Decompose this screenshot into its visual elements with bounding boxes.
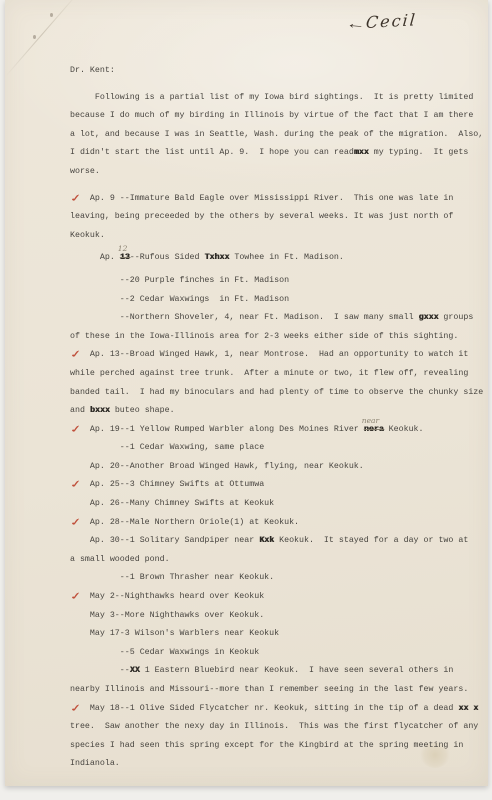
overtyped-text: bxxx [90,406,110,415]
typed-text: Ap. [70,253,120,262]
typed-text: a small wooded pond. [70,555,170,564]
typed-text: nearby Illinois and Missouri--more than … [70,685,468,694]
typed-text: Ap. 28--Male Northern Oriole(1) at Keoku… [70,518,299,527]
typed-text: --1 Cedar Waxwing, same place [70,443,264,452]
typed-line: worse. [70,163,492,182]
typed-line: I didn't start the list until Ap. 9. I h… [70,144,492,163]
overtyped-text: Kxk [259,536,274,545]
typed-line: leaving, being preceeded by the others b… [70,208,492,227]
typed-text: May 2--Nighthawks heard over Keokuk [70,592,264,601]
typed-line: --1 Brown Thrasher near Keokuk. [70,569,492,588]
typed-line: Ap. 30--1 Solitary Sandpiper near Kxk Ke… [70,532,492,551]
typed-text: Ap. 20--Another Broad Winged Hawk, flyin… [70,462,364,471]
typed-text: 1 Eastern Bluebird near Keokuk. I have s… [140,666,454,675]
typed-text: groups [438,313,473,322]
typed-line: a lot, and because I was in Seattle, Was… [70,126,492,145]
typed-line: Ap. 20--Another Broad Winged Hawk, flyin… [70,458,492,477]
staple-hole [50,13,53,17]
typed-text: Keokuk. It stayed for a day or two at [274,536,468,545]
red-checkmark-icon: ✓ [69,699,82,719]
typed-line: while perched against tree trunk. After … [70,365,492,384]
typed-line: Ap. 26--Many Chimney Swifts at Keokuk [70,495,492,514]
typed-text: Keokuk. [70,231,105,240]
typed-text: Ap. 30--1 Solitary Sandpiper near [70,536,259,545]
typed-text: worse. [70,167,100,176]
typed-line: --5 Cedar Waxwings in Keokuk [70,644,492,663]
typed-line: because I do much of my birding in Illin… [70,107,492,126]
typed-line: --1 Cedar Waxwing, same place [70,439,492,458]
typed-text: of these in the Iowa-Illinois area for 2… [70,332,458,341]
pencil-correction: 12 [118,245,128,253]
pencil-correction: near [362,417,379,425]
typed-text: Following is a partial list of my Iowa b… [70,93,473,102]
typed-text: buteo shape. [110,406,175,415]
typed-line: May 17-3 Wilson's Warblers near Keokuk [70,625,492,644]
typed-line: Indianola. [70,755,492,774]
typed-text: Towhee in Ft. Madison. [229,253,344,262]
overtyped-text: XX [130,666,140,675]
typed-text: my typing. It gets [369,148,469,157]
typed-text: Dr. Kent: [70,66,115,75]
typed-text: species I had seen this spring except fo… [70,741,463,750]
typed-line: ✓ Ap. 13--Broad Winged Hawk, 1, near Mon… [70,346,492,365]
red-checkmark-icon: ✓ [69,420,82,440]
typed-line: ✓ May 2--Nighthawks heard over Keokuk [70,588,492,607]
typed-line: --2 Cedar Waxwings in Ft. Madison [70,291,492,310]
paper-crease [6,0,79,76]
overtyped-text: 1312 [120,253,130,262]
overtyped-text: mxx [354,148,369,157]
typed-line: a small wooded pond. [70,551,492,570]
typed-text: while perched against tree trunk. After … [70,369,468,378]
typed-text: a lot, and because I was in Seattle, Was… [70,130,483,139]
red-checkmark-icon: ✓ [69,476,82,496]
typed-text: --20 Purple finches in Ft. Madison [70,276,289,285]
typed-line: ✓ Ap. 9 --Immature Bald Eagle over Missi… [70,190,492,209]
typed-lines: Dr. Kent: Following is a partial list of… [70,0,492,774]
typed-text: Ap. 19--1 Yellow Rumped Warbler along De… [70,425,364,434]
typed-text: --5 Cedar Waxwings in Keokuk [70,648,259,657]
red-checkmark-icon: ✓ [69,588,82,608]
scanned-letter-background: { "annotations": { "arrow_glyph": "←", "… [0,0,492,800]
typed-line: banded tail. I had my binoculars and had… [70,384,492,403]
typed-line: May 3--More Nighthawks over Keokuk. [70,607,492,626]
overtyped-text: neranear [364,425,384,434]
typed-text: --1 Brown Thrasher near Keokuk. [70,573,274,582]
typed-text: May 17-3 Wilson's Warblers near Keokuk [70,629,279,638]
typed-text: Indianola. [70,759,120,768]
typed-text: banded tail. I had my binoculars and had… [70,388,483,397]
typed-line: Dr. Kent: [70,62,492,81]
typed-text: Ap. 26--Many Chimney Swifts at Keokuk [70,499,274,508]
typed-line: ✓ Ap. 25--3 Chimney Swifts at Ottumwa [70,476,492,495]
overtyped-text: xx x [458,704,478,713]
typed-line: --Northern Shoveler, 4, near Ft. Madison… [70,309,492,328]
typed-text: leaving, being preceeded by the others b… [70,212,453,221]
typed-text: -- [70,666,130,675]
typed-text: --Northern Shoveler, 4, near Ft. Madison… [70,313,419,322]
typed-text: Keokuk. [384,425,424,434]
typed-line: Following is a partial list of my Iowa b… [70,89,492,108]
red-checkmark-icon: ✓ [69,513,82,533]
typed-text: Ap. 25--3 Chimney Swifts at Ottumwa [70,480,264,489]
typed-line: Ap. 1312--Rufous Sided Txhxx Towhee in F… [70,249,492,268]
typed-line: and bxxx buteo shape. [70,402,492,421]
typed-line: --XX 1 Eastern Bluebird near Keokuk. I h… [70,662,492,681]
typed-line: of these in the Iowa-Illinois area for 2… [70,328,492,347]
typed-line: --20 Purple finches in Ft. Madison [70,272,492,291]
letter-page: ←Cecil Dr. Kent: Following is a partial … [5,0,488,786]
typed-line: Keokuk. [70,227,492,246]
typed-text: May 18--1 Olive Sided Flycatcher nr. Keo… [70,704,458,713]
typed-text: Ap. 13--Broad Winged Hawk, 1, near Montr… [70,350,468,359]
typed-text: and [70,406,90,415]
typed-line: tree. Saw another the nexy day in Illino… [70,718,492,737]
typed-line: nearby Illinois and Missouri--more than … [70,681,492,700]
typed-line: ✓ Ap. 19--1 Yellow Rumped Warbler along … [70,421,492,440]
red-checkmark-icon: ✓ [69,346,82,366]
typed-text: tree. Saw another the nexy day in Illino… [70,722,478,731]
typed-text: Ap. 9 --Immature Bald Eagle over Mississ… [70,194,453,203]
red-checkmark-icon: ✓ [69,189,82,209]
typed-line: ✓ Ap. 28--Male Northern Oriole(1) at Keo… [70,514,492,533]
typed-text: because I do much of my birding in Illin… [70,111,473,120]
overtyped-text: gxxx [419,313,439,322]
typed-text: --2 Cedar Waxwings in Ft. Madison [70,295,289,304]
overtyped-text: Txhxx [204,253,229,262]
typed-line: ✓ May 18--1 Olive Sided Flycatcher nr. K… [70,700,492,719]
typed-text: I didn't start the list until Ap. 9. I h… [70,148,354,157]
typed-line: species I had seen this spring except fo… [70,737,492,756]
typed-text: --Rufous Sided [130,253,205,262]
staple-hole [33,35,36,39]
typed-text: May 3--More Nighthawks over Keokuk. [70,611,264,620]
